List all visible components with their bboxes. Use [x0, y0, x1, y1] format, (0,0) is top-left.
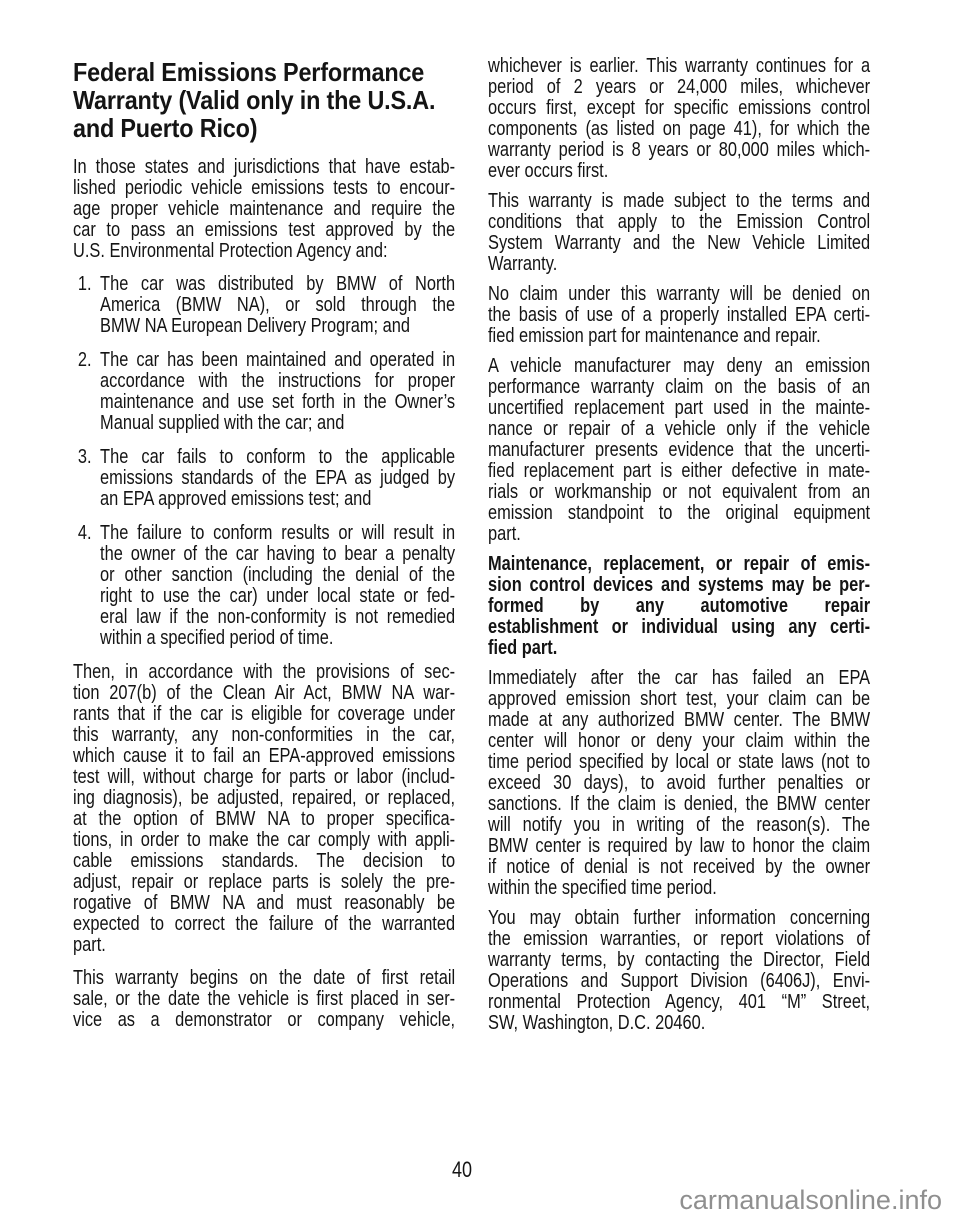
paragraph-further-information: You may obtain further information conce…: [488, 908, 870, 1034]
text-line: ronmental Protection Agency, 401 “M” Str…: [488, 992, 870, 1013]
text-line: time period specified by local or state …: [488, 752, 870, 773]
text-line: No claim under this warranty will be den…: [488, 284, 870, 305]
list-item-3: 3. The car fails to conform to the appli…: [73, 447, 455, 510]
text-line: rants that if the car is eligible for co…: [73, 704, 455, 725]
text-line: the emission warranties, or report viola…: [488, 929, 870, 950]
text-line: ing diagnosis), be adjusted, repaired, o…: [73, 788, 455, 809]
text-line: within the specified time period.: [488, 878, 870, 899]
paragraph-warranty-period: whichever is earlier. This warranty cont…: [488, 56, 870, 182]
text-line: Maintenance, replacement, or repair of e…: [488, 554, 870, 575]
text-line: Immediately after the car has failed an …: [488, 668, 870, 689]
list-item-4: 4. The failure to conform results or wil…: [73, 523, 455, 649]
text-line: Operations and Support Division (6406J),…: [488, 971, 870, 992]
text-line: formed by any automotive repair: [488, 596, 870, 617]
text-line: expected to correct the failure of the w…: [73, 914, 455, 935]
list-item-number: 4.: [78, 523, 92, 544]
text-line: an EPA approved emissions test; and: [100, 489, 455, 510]
list-item-2: 2. The car has been maintained and opera…: [73, 350, 455, 434]
text-line: fied part.: [488, 638, 870, 659]
text-line: The car was distributed by BMW of North: [100, 274, 455, 295]
text-line: Warranty (Valid only in the U.S.A.: [73, 86, 455, 114]
text-line: center will honor or deny your claim wit…: [488, 731, 870, 752]
text-line: at the option of BMW NA to proper specif…: [73, 809, 455, 830]
text-line: You may obtain further information conce…: [488, 908, 870, 929]
text-line: Manual supplied with the car; and: [100, 413, 455, 434]
page-title: Federal Emissions PerformanceWarranty (V…: [73, 58, 455, 142]
text-line: BMW center is required by law to honor t…: [488, 836, 870, 857]
paragraph-maintenance-bold: Maintenance, replacement, or repair of e…: [488, 554, 870, 659]
text-line: the owner of the car having to bear a pe…: [100, 544, 455, 565]
text-line: whichever is earlier. This warranty cont…: [488, 56, 870, 77]
text-line: part.: [73, 935, 455, 956]
text-line: components (as listed on page 41), for w…: [488, 119, 870, 140]
text-line: emission standpoint to the original equi…: [488, 503, 870, 524]
page-number: 40: [452, 1159, 472, 1181]
text-line: sale, or the date the vehicle is first p…: [73, 989, 455, 1010]
text-line: accordance with the instructions for pro…: [100, 371, 455, 392]
intro-paragraph: In those states and jurisdictions that h…: [73, 157, 455, 262]
text-line: and Puerto Rico): [73, 114, 455, 142]
text-line: maintenance and use set forth in the Own…: [100, 392, 455, 413]
text-line: manufacturer presents evidence that the …: [488, 440, 870, 461]
text-line: lished periodic vehicle emissions tests …: [73, 178, 455, 199]
text-line: warranty terms, by contacting the Direct…: [488, 950, 870, 971]
text-line: emissions standards of the EPA as judged…: [100, 468, 455, 489]
text-line: sanctions. If the claim is denied, the B…: [488, 794, 870, 815]
paragraph-clean-air-act: Then, in accordance with the provisions …: [73, 662, 455, 956]
text-line: rogative of BMW NA and must reasonably b…: [73, 893, 455, 914]
text-line: ever occurs first.: [488, 161, 870, 182]
text-line: eral law if the non-conformity is not re…: [100, 607, 455, 628]
text-line: The car has been maintained and operated…: [100, 350, 455, 371]
text-line: Warranty.: [488, 254, 870, 275]
text-line: Federal Emissions Performance: [73, 58, 455, 86]
list-item-number: 3.: [78, 447, 92, 468]
text-line: performance warranty claim on the basis …: [488, 377, 870, 398]
text-line: The failure to conform results or will r…: [100, 523, 455, 544]
paragraph-warranty-begins: This warranty begins on the date of firs…: [73, 968, 455, 1031]
text-line: adjust, repair or replace parts is solel…: [73, 872, 455, 893]
text-line: occurs first, except for specific emissi…: [488, 98, 870, 119]
text-line: warranty period is 8 years or 80,000 mil…: [488, 140, 870, 161]
text-line: if notice of denial is not received by t…: [488, 857, 870, 878]
text-line: In those states and jurisdictions that h…: [73, 157, 455, 178]
text-line: tions, in order to make the car comply w…: [73, 830, 455, 851]
text-line: part.: [488, 524, 870, 545]
paragraph-failed-short-test: Immediately after the car has failed an …: [488, 668, 870, 899]
text-line: made at any authorized BMW center. The B…: [488, 710, 870, 731]
text-line: nance or repair of a vehicle only if the…: [488, 419, 870, 440]
text-line: cable emissions standards. The decision …: [73, 851, 455, 872]
text-line: approved emission short test, your claim…: [488, 689, 870, 710]
text-line: within a specified period of time.: [100, 628, 455, 649]
text-line: this warranty, any non-conformities in t…: [73, 725, 455, 746]
text-line: BMW NA European Delivery Program; and: [100, 316, 455, 337]
list-item-number: 1.: [78, 274, 92, 295]
watermark: carmanualsonline.info: [679, 1186, 942, 1214]
list-item-number: 2.: [78, 350, 92, 371]
paragraph-no-claim-denied: No claim under this warranty will be den…: [488, 284, 870, 347]
text-line: sion control devices and systems may be …: [488, 575, 870, 596]
text-line: establishment or individual using any ce…: [488, 617, 870, 638]
text-line: conditions that apply to the Emission Co…: [488, 212, 870, 233]
text-line: U.S. Environmental Protection Agency and…: [73, 241, 455, 262]
text-line: exceed 30 days), to avoid further penalt…: [488, 773, 870, 794]
text-line: This warranty begins on the date of firs…: [73, 968, 455, 989]
text-line: the basis of use of a properly installed…: [488, 305, 870, 326]
text-line: Then, in accordance with the provisions …: [73, 662, 455, 683]
text-line: The car fails to conform to the applicab…: [100, 447, 455, 468]
right-column: whichever is earlier. This warranty cont…: [488, 56, 870, 1043]
list-item-1: 1. The car was distributed by BMW of Nor…: [73, 274, 455, 337]
text-line: test will, without charge for parts or l…: [73, 767, 455, 788]
text-line: age proper vehicle maintenance and requi…: [73, 199, 455, 220]
text-line: car to pass an emissions test approved b…: [73, 220, 455, 241]
text-line: will notify you in writing of the reason…: [488, 815, 870, 836]
paragraph-uncertified-part: A vehicle manufacturer may deny an emiss…: [488, 356, 870, 545]
text-line: rials or workmanship or not equivalent f…: [488, 482, 870, 503]
text-line: A vehicle manufacturer may deny an emiss…: [488, 356, 870, 377]
text-line: SW, Washington, D.C. 20460.: [488, 1013, 870, 1034]
text-line: or other sanction (including the denial …: [100, 565, 455, 586]
text-line: vice as a demonstrator or company vehicl…: [73, 1010, 455, 1031]
text-line: period of 2 years or 24,000 miles, which…: [488, 77, 870, 98]
manual-page: Federal Emissions PerformanceWarranty (V…: [0, 0, 960, 1218]
text-line: right to use the car) under local state …: [100, 586, 455, 607]
text-line: which cause it to fail an EPA-approved e…: [73, 746, 455, 767]
left-column: Federal Emissions PerformanceWarranty (V…: [73, 58, 455, 1043]
text-line: fied replacement part is either defectiv…: [488, 461, 870, 482]
paragraph-terms-conditions: This warranty is made subject to the ter…: [488, 191, 870, 275]
text-line: fied emission part for maintenance and r…: [488, 326, 870, 347]
text-line: This warranty is made subject to the ter…: [488, 191, 870, 212]
text-line: America (BMW NA), or sold through the: [100, 295, 455, 316]
text-line: tion 207(b) of the Clean Air Act, BMW NA…: [73, 683, 455, 704]
text-line: uncertified replacement part used in the…: [488, 398, 870, 419]
text-line: System Warranty and the New Vehicle Limi…: [488, 233, 870, 254]
